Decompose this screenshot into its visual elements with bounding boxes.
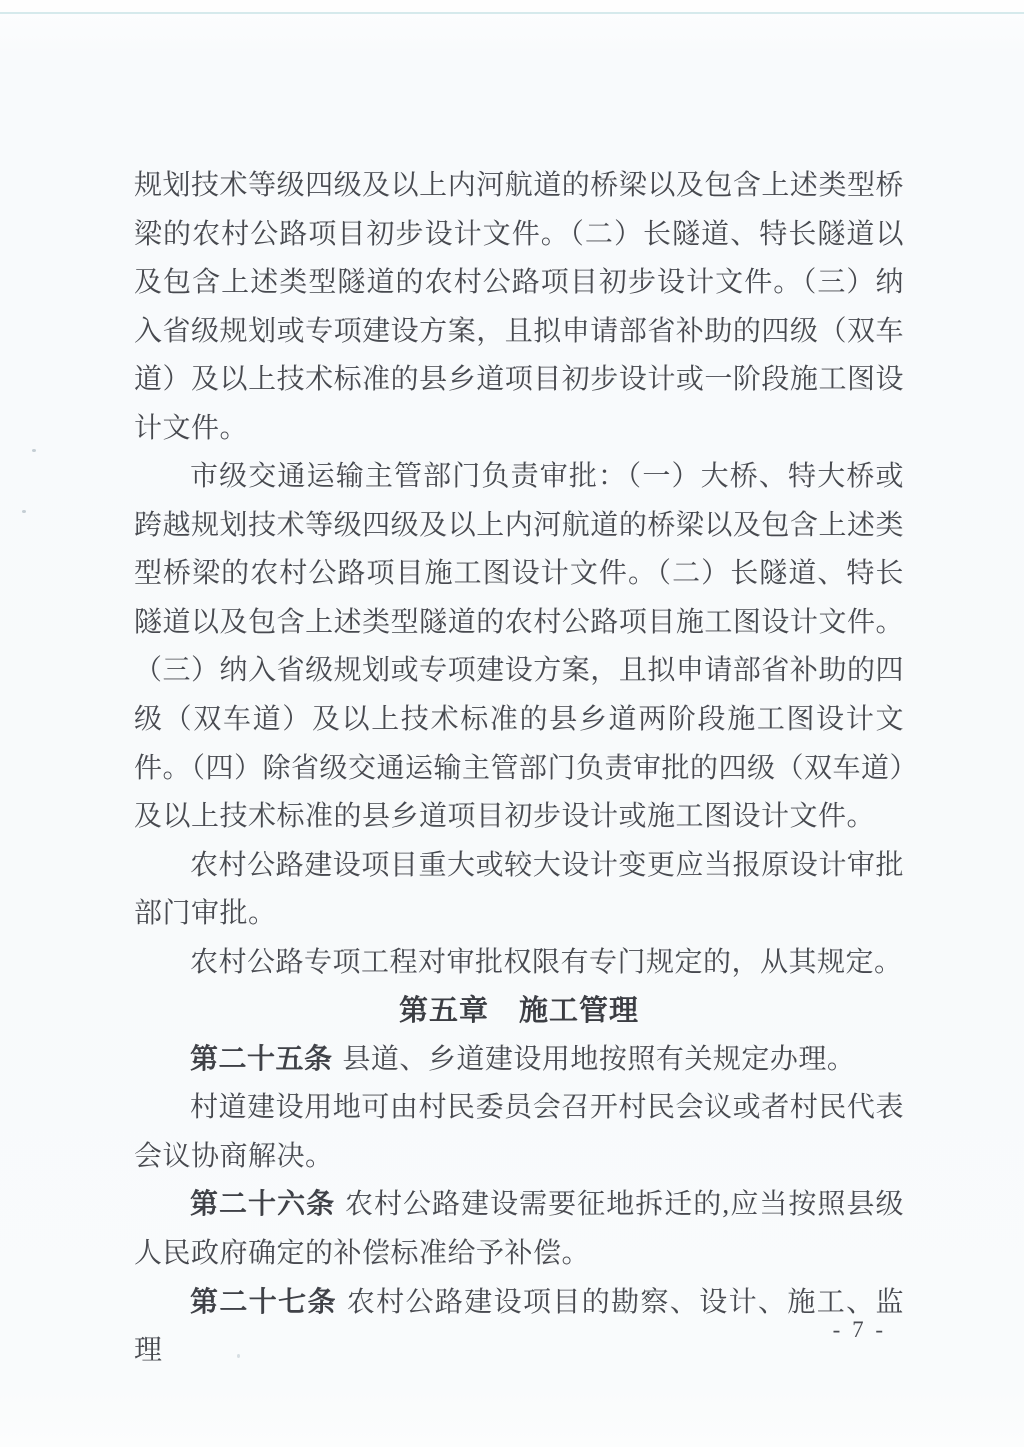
paragraph-article-27: 第二十七条农村公路建设项目的勘察、设计、施工、监理: [134, 1279, 904, 1376]
scan-edge-line: [0, 12, 1024, 14]
chapter-5-heading: 第五章 施工管理: [134, 987, 904, 1036]
scan-top-margin: [0, 0, 1024, 12]
page-number: - 7 -: [833, 1316, 886, 1344]
paragraph-special-projects: 农村公路专项工程对审批权限有专门规定的，从其规定。: [134, 939, 904, 988]
paragraph-article-26: 第二十六条农村公路建设需要征地拆迁的,应当按照县级人民政府确定的补偿标准给予补偿…: [134, 1181, 904, 1278]
scan-speck: [32, 449, 36, 452]
scan-speck: [22, 510, 26, 513]
paragraph-design-change: 农村公路建设项目重大或较大设计变更应当报原设计审批部门审批。: [134, 842, 904, 939]
article-26-number: 第二十六条: [190, 1189, 335, 1220]
paragraph-article-25: 第二十五条县道、乡道建设用地按照有关规定办理。: [134, 1036, 904, 1085]
article-25-text: 县道、乡道建设用地按照有关规定办理。: [342, 1044, 855, 1075]
paragraph-village-land: 村道建设用地可由村民委员会召开村民会议或者村民代表会议协商解决。: [134, 1084, 904, 1181]
scanned-document-page: 规划技术等级四级及以上内河航道的桥梁以及包含上述类型桥梁的农村公路项目初步设计文…: [0, 0, 1024, 1447]
paragraph-provincial-approval-continuation: 规划技术等级四级及以上内河航道的桥梁以及包含上述类型桥梁的农村公路项目初步设计文…: [134, 162, 904, 453]
article-27-number: 第二十七条: [190, 1287, 337, 1318]
paragraph-municipal-approval: 市级交通运输主管部门负责审批：（一）大桥、特大桥或跨越规划技术等级四级及以上内河…: [134, 453, 904, 841]
document-body: 规划技术等级四级及以上内河航道的桥梁以及包含上述类型桥梁的农村公路项目初步设计文…: [134, 162, 904, 1376]
article-25-number: 第二十五条: [190, 1044, 333, 1075]
